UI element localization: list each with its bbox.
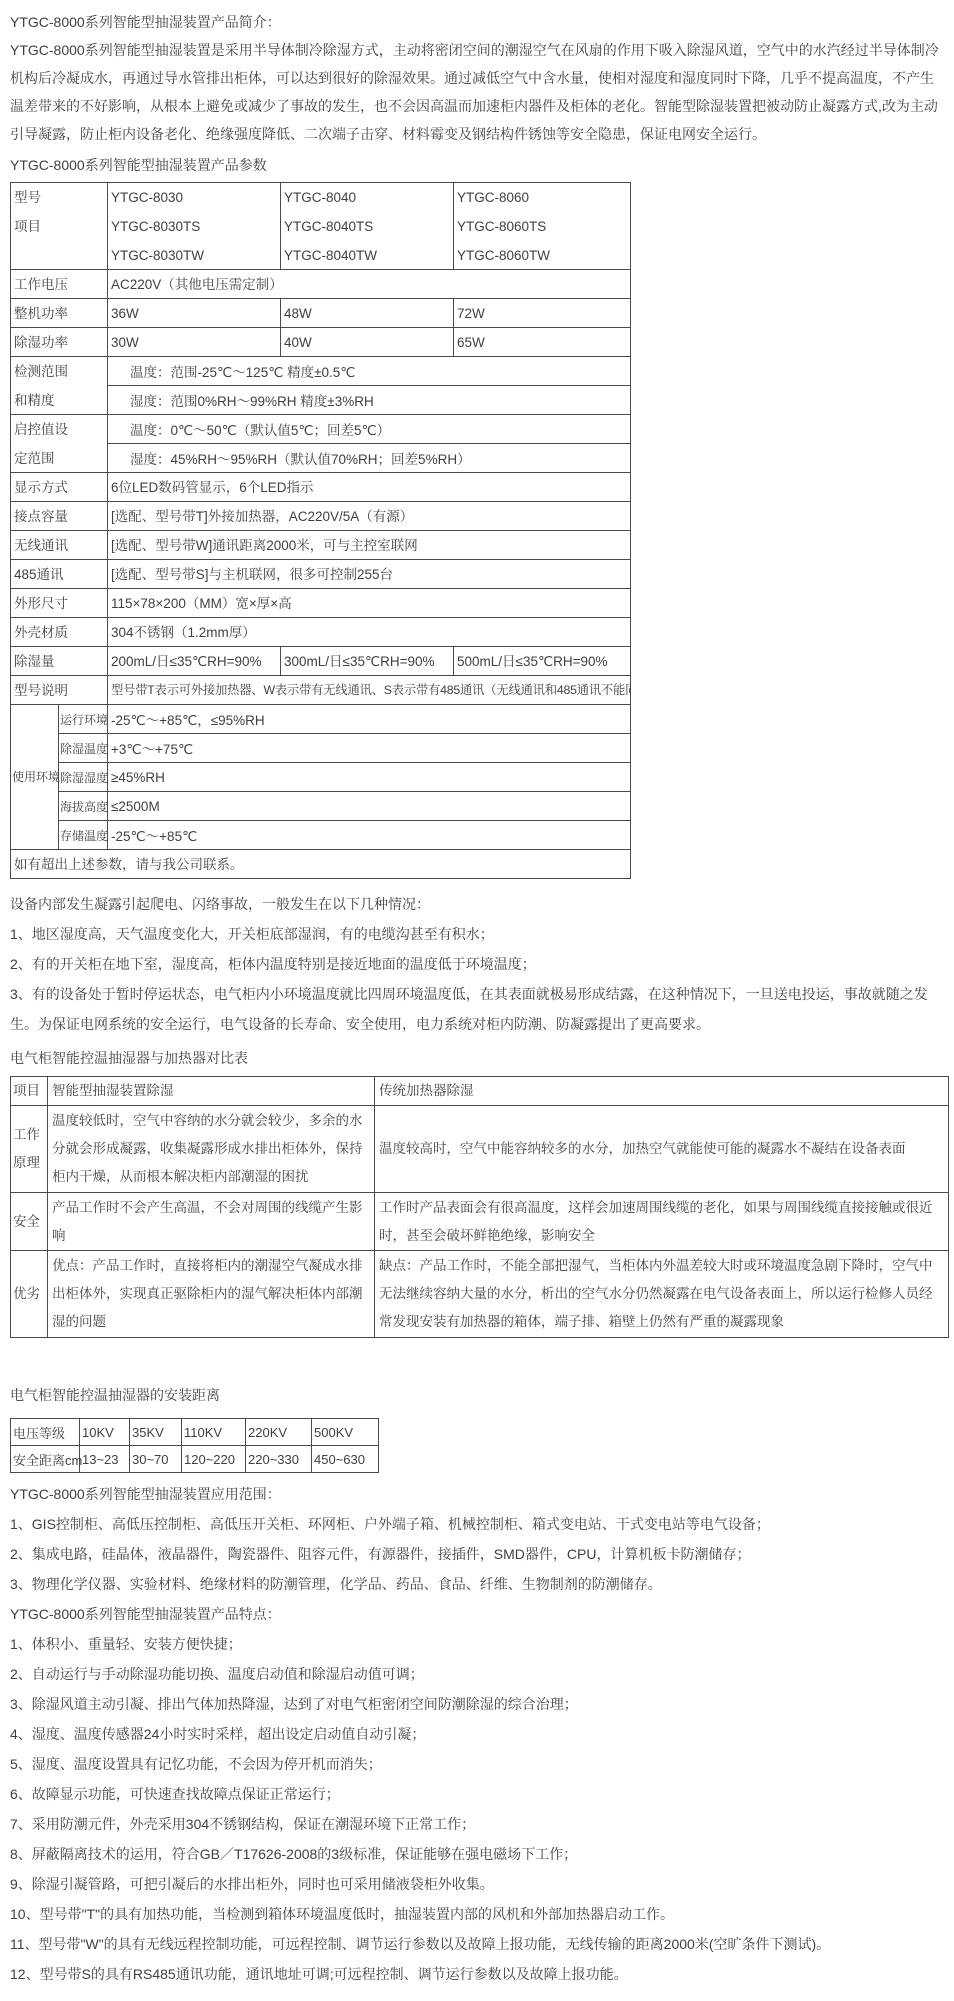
distance-header-cell: 10KV xyxy=(80,1419,130,1446)
row-value: 115×78×200（MM）宽×厚×高 xyxy=(108,589,631,618)
row-label: 外形尺寸 xyxy=(11,589,108,618)
env-row-dehum-humidity: 除湿湿度 ≥45%RH xyxy=(59,763,630,792)
params-row-model: 型号 项目 YTGC-8030 YTGC-8030TS YTGC-8030TW … xyxy=(11,183,631,270)
distance-value-cell: 220~330 xyxy=(246,1446,312,1473)
compare-header-row: 项目 智能型抽湿装置除湿 传统加热器除湿 xyxy=(11,1077,949,1106)
row-value: [选配、型号带S]与主机联网，很多可控制255台 xyxy=(108,560,631,589)
compare-row-label: 优劣 xyxy=(11,1251,48,1338)
application-item: 1、GIS控制柜、高低压控制柜、高低压开关柜、环网柜、户外端子箱、机械控制柜、箱… xyxy=(10,1509,948,1539)
detect-subrows: 温度：范围-25℃～125℃ 精度±0.5℃ 湿度：范围0%RH～99%RH 精… xyxy=(108,357,631,415)
feature-item: 8、屏蔽隔离技术的运用，符合GB／T17626-2008的3级标准，保证能够在强… xyxy=(10,1839,948,1869)
row-value: 72W xyxy=(454,299,631,328)
control-humidity: 湿度：45%RH～95%RH（默认值70%RH；回差5%RH） xyxy=(108,444,630,472)
row-label: 显示方式 xyxy=(11,473,108,502)
params-row-power: 整机功率 36W 48W 72W xyxy=(11,299,631,328)
compare-table: 项目 智能型抽湿装置除湿 传统加热器除湿 工作 原理 温度较低时，空气中容纳的水… xyxy=(10,1076,949,1338)
compare-row-label: 工作 原理 xyxy=(11,1106,48,1193)
feature-item: 7、采用防潮元件，外壳采用304不锈钢结构，保证在潮湿环境下正常工作； xyxy=(10,1809,948,1839)
compare-col-header-traditional: 传统加热器除湿 xyxy=(375,1077,949,1106)
row-label: 检测范围 和精度 xyxy=(11,357,108,415)
distance-value-cell: 13~23 xyxy=(80,1446,130,1473)
row-value: 200mL/日≤35℃RH=90% xyxy=(108,647,281,676)
compare-heading: 电气柜智能控温抽湿器与加热器对比表 xyxy=(10,1043,948,1073)
intro-title: YTGC-8000系列智能型抽湿装置产品简介： xyxy=(10,8,946,36)
condensation-item: 3、有的设备处于暂时停运状态，电气柜内小环境温度就比四周环境温度低，在其表面就极… xyxy=(10,979,948,1039)
detect-temperature: 温度：范围-25℃～125℃ 精度±0.5℃ xyxy=(108,357,630,386)
distance-header-row: 电压等级 10KV 35KV 110KV 220KV 500KV xyxy=(11,1419,379,1446)
feature-item: 2、自动运行与手动除湿功能切换、温度启动值和除湿启动值可调； xyxy=(10,1659,948,1689)
row-label: 485通讯 xyxy=(11,560,108,589)
distance-value-cell: 安全距离cm xyxy=(11,1446,80,1473)
params-row-detect-range: 检测范围 和精度 温度：范围-25℃～125℃ 精度±0.5℃ 湿度：范围0%R… xyxy=(11,357,631,415)
env-row-value: ≥45%RH xyxy=(108,763,630,791)
row-label: 除湿量 xyxy=(11,647,108,676)
application-item: 2、集成电路，硅晶体，液晶器件，陶瓷器件、阻容元件，有源器件，接插件，SMD器件… xyxy=(10,1539,948,1569)
model-col-8030: YTGC-8030 YTGC-8030TS YTGC-8030TW xyxy=(108,183,281,270)
row-value: 型号带T表示可外接加热器、W表示带有无线通讯、S表示带有485通讯（无线通讯和4… xyxy=(108,676,631,705)
compare-col-header-item: 项目 xyxy=(11,1077,48,1106)
compare-row-label: 安全 xyxy=(11,1193,48,1251)
params-table: 型号 项目 YTGC-8030 YTGC-8030TS YTGC-8030TW … xyxy=(10,182,631,879)
compare-row-safety: 安全 产品工作时不会产生高温，不会对周围的线缆产生影响 工作时产品表面会有很高温… xyxy=(11,1193,949,1251)
row-value: 6位LED数码管显示，6个LED指示 xyxy=(108,473,631,502)
feature-item: 12、型号带S的具有RS485通讯功能，通讯地址可调;可远程控制、调节运行参数以… xyxy=(10,1959,948,1989)
params-row-contact: 接点容量 [选配、型号带T]外接加热器，AC220V/5A（有源） xyxy=(11,502,631,531)
env-row-label: 存储温度 xyxy=(59,821,108,849)
params-row-environment: 使用环境 运行环境 -25℃～+85℃，≤95%RH 除湿温度 +3℃～+75℃… xyxy=(11,705,631,850)
model-row-label: 型号 项目 xyxy=(11,183,108,270)
params-row-model-note: 型号说明 型号带T表示可外接加热器、W表示带有无线通讯、S表示带有485通讯（无… xyxy=(11,676,631,705)
compare-traditional-cell: 工作时产品表面会有很高温度，这样会加速周围线缆的老化，如果与周围线缆直接接触或很… xyxy=(375,1193,949,1251)
control-temperature: 温度：0℃～50℃（默认值5℃；回差5℃） xyxy=(108,415,630,444)
env-row-label: 运行环境 xyxy=(59,705,108,733)
params-row-dehum-power: 除湿功率 30W 40W 65W xyxy=(11,328,631,357)
row-value: 500mL/日≤35℃RH=90% xyxy=(454,647,631,676)
row-label: 工作电压 xyxy=(11,270,108,299)
row-value: 48W xyxy=(281,299,454,328)
env-row-dehum-temp: 除湿温度 +3℃～+75℃ xyxy=(59,734,630,763)
feature-item: 9、除湿引凝管路，可把引凝后的水排出柜外，同时也可采用储液袋柜外收集。 xyxy=(10,1869,948,1899)
distance-value-cell: 450~630 xyxy=(312,1446,379,1473)
params-row-shell: 外壳材质 304不锈钢（1.2mm厚） xyxy=(11,618,631,647)
compare-row-principle: 工作 原理 温度较低时，空气中容纳的水分就会较少，多余的水分就会形成凝露，收集凝… xyxy=(11,1106,949,1193)
condensation-item: 1、地区湿度高，天气温度变化大，开关柜底部湿润，有的电缆沟甚至有积水； xyxy=(10,919,948,949)
row-value: 36W xyxy=(108,299,281,328)
product-page: YTGC-8000系列智能型抽湿装置产品简介： YTGC-8000系列智能型抽湿… xyxy=(0,0,954,2001)
distance-value-cell: 30~70 xyxy=(130,1446,182,1473)
compare-smart-cell: 优点：产品工作时，直接将柜内的潮湿空气凝成水排出柜体外，实现真正驱除柜内的湿气解… xyxy=(48,1251,375,1338)
distance-heading: 电气柜智能控温抽湿器的安装距离 xyxy=(10,1380,948,1410)
application-item: 3、物理化学仪器、实验材料、绝缘材料的防潮管理，化学品、药品、食品、纤维、生物制… xyxy=(10,1569,948,1599)
env-row-value: ≤2500M xyxy=(108,792,630,820)
env-row-altitude: 海拔高度 ≤2500M xyxy=(59,792,630,821)
model-col-8060: YTGC-8060 YTGC-8060TS YTGC-8060TW xyxy=(454,183,631,270)
env-row-value: -25℃～+85℃ xyxy=(108,821,630,849)
row-value: [选配、型号带W]通讯距离2000米，可与主控室联网 xyxy=(108,531,631,560)
distance-value-cell: 120~220 xyxy=(182,1446,246,1473)
intro-paragraph: YTGC-8000系列智能型抽湿装置是采用半导体制冷除湿方式，主动将密闭空间的潮… xyxy=(10,36,946,148)
env-row-storage-temp: 存储温度 -25℃～+85℃ xyxy=(59,821,630,849)
feature-item: 4、湿度、温度传感器24小时实时采样，超出设定启动值自动引凝； xyxy=(10,1719,948,1749)
row-label: 接点容量 xyxy=(11,502,108,531)
detect-humidity: 湿度：范围0%RH～99%RH 精度±3%RH xyxy=(108,386,630,414)
environment-label: 使用环境 xyxy=(11,705,59,850)
compare-smart-cell: 温度较低时，空气中容纳的水分就会较少，多余的水分就会形成凝露，收集凝露形成水排出… xyxy=(48,1106,375,1193)
row-label: 无线通讯 xyxy=(11,531,108,560)
control-subrows: 温度：0℃～50℃（默认值5℃；回差5℃） 湿度：45%RH～95%RH（默认值… xyxy=(108,415,631,473)
feature-item: 10、型号带"T"的具有加热功能，当检测到箱体环境温度低时，抽湿装置内部的风机和… xyxy=(10,1899,948,1929)
condensation-intro: 设备内部发生凝露引起爬电、闪络事故，一般发生在以下几种情况： xyxy=(10,889,948,919)
distance-header-cell: 220KV xyxy=(246,1419,312,1446)
env-row-label: 除湿湿度 xyxy=(59,763,108,791)
compare-traditional-cell: 温度较高时，空气中能容纳较多的水分，加热空气就能使可能的凝露水不凝结在设备表面 xyxy=(375,1106,949,1193)
params-heading: YTGC-8000系列智能型抽湿装置产品参数 xyxy=(10,150,946,180)
env-row-label: 海拔高度 xyxy=(59,792,108,820)
env-row-operating: 运行环境 -25℃～+85℃，≤95%RH xyxy=(59,705,630,734)
compare-traditional-cell: 缺点：产品工作时，不能全部把湿气，当柜体内外温差较大时或环境温度急剧下降时，空气… xyxy=(375,1251,949,1338)
env-row-value: +3℃～+75℃ xyxy=(108,734,630,762)
row-label: 外壳材质 xyxy=(11,618,108,647)
row-value: 300mL/日≤35℃RH=90% xyxy=(281,647,454,676)
params-footer-note: 如有超出上述参数，请与我公司联系。 xyxy=(11,850,631,879)
row-value: 40W xyxy=(281,328,454,357)
row-value: AC220V（其他电压需定制） xyxy=(108,270,631,299)
params-row-display: 显示方式 6位LED数码管显示，6个LED指示 xyxy=(11,473,631,502)
distance-header-cell: 电压等级 xyxy=(11,1419,80,1446)
params-row-485: 485通讯 [选配、型号带S]与主机联网，很多可控制255台 xyxy=(11,560,631,589)
env-row-value: -25℃～+85℃，≤95%RH xyxy=(108,705,630,733)
row-value: 30W xyxy=(108,328,281,357)
params-row-capacity: 除湿量 200mL/日≤35℃RH=90% 300mL/日≤35℃RH=90% … xyxy=(11,647,631,676)
row-value: 304不锈钢（1.2mm厚） xyxy=(108,618,631,647)
compare-smart-cell: 产品工作时不会产生高温，不会对周围的线缆产生影响 xyxy=(48,1193,375,1251)
params-row-footer: 如有超出上述参数，请与我公司联系。 xyxy=(11,850,631,879)
compare-col-header-smart: 智能型抽湿装置除湿 xyxy=(48,1077,375,1106)
params-row-voltage: 工作电压 AC220V（其他电压需定制） xyxy=(11,270,631,299)
row-label: 整机功率 xyxy=(11,299,108,328)
features-heading: YTGC-8000系列智能型抽湿装置产品特点： xyxy=(10,1599,948,1629)
condensation-item: 2、有的开关柜在地下室，湿度高，柜体内温度特别是接近地面的温度低于环境温度； xyxy=(10,949,948,979)
row-label: 除湿功率 xyxy=(11,328,108,357)
row-value: [选配、型号带T]外接加热器，AC220V/5A（有源） xyxy=(108,502,631,531)
feature-item: 3、除湿风道主动引凝、排出气体加热降湿，达到了对电气柜密闭空间防潮除湿的综合治理… xyxy=(10,1689,948,1719)
distance-header-cell: 500KV xyxy=(312,1419,379,1446)
feature-item: 6、故障显示功能，可快速查找故障点保证正常运行； xyxy=(10,1779,948,1809)
environment-subrows: 运行环境 -25℃～+85℃，≤95%RH 除湿温度 +3℃～+75℃ 除湿湿度… xyxy=(59,705,631,850)
row-value: 65W xyxy=(454,328,631,357)
params-row-control-range: 启控值设 定范围 温度：0℃～50℃（默认值5℃；回差5℃） 湿度：45%RH～… xyxy=(11,415,631,473)
distance-header-cell: 35KV xyxy=(130,1419,182,1446)
compare-row-pros-cons: 优劣 优点：产品工作时，直接将柜内的潮湿空气凝成水排出柜体外，实现真正驱除柜内的… xyxy=(11,1251,949,1338)
env-row-label: 除湿温度 xyxy=(59,734,108,762)
params-row-size: 外形尺寸 115×78×200（MM）宽×厚×高 xyxy=(11,589,631,618)
applications-heading: YTGC-8000系列智能型抽湿装置应用范围： xyxy=(10,1479,948,1509)
row-label: 启控值设 定范围 xyxy=(11,415,108,473)
distance-header-cell: 110KV xyxy=(182,1419,246,1446)
feature-item: 5、湿度、温度设置具有记忆功能，不会因为停开机而消失； xyxy=(10,1749,948,1779)
row-label: 型号说明 xyxy=(11,676,108,705)
distance-table: 电压等级 10KV 35KV 110KV 220KV 500KV 安全距离cm … xyxy=(10,1418,379,1473)
distance-value-row: 安全距离cm 13~23 30~70 120~220 220~330 450~6… xyxy=(11,1446,379,1473)
feature-item: 1、体积小、重量轻、安装方便快捷； xyxy=(10,1629,948,1659)
feature-item: 11、型号带"W"的具有无线远程控制功能，可远程控制、调节运行参数以及故障上报功… xyxy=(10,1929,948,1959)
params-row-wireless: 无线通讯 [选配、型号带W]通讯距离2000米，可与主控室联网 xyxy=(11,531,631,560)
model-col-8040: YTGC-8040 YTGC-8040TS YTGC-8040TW xyxy=(281,183,454,270)
